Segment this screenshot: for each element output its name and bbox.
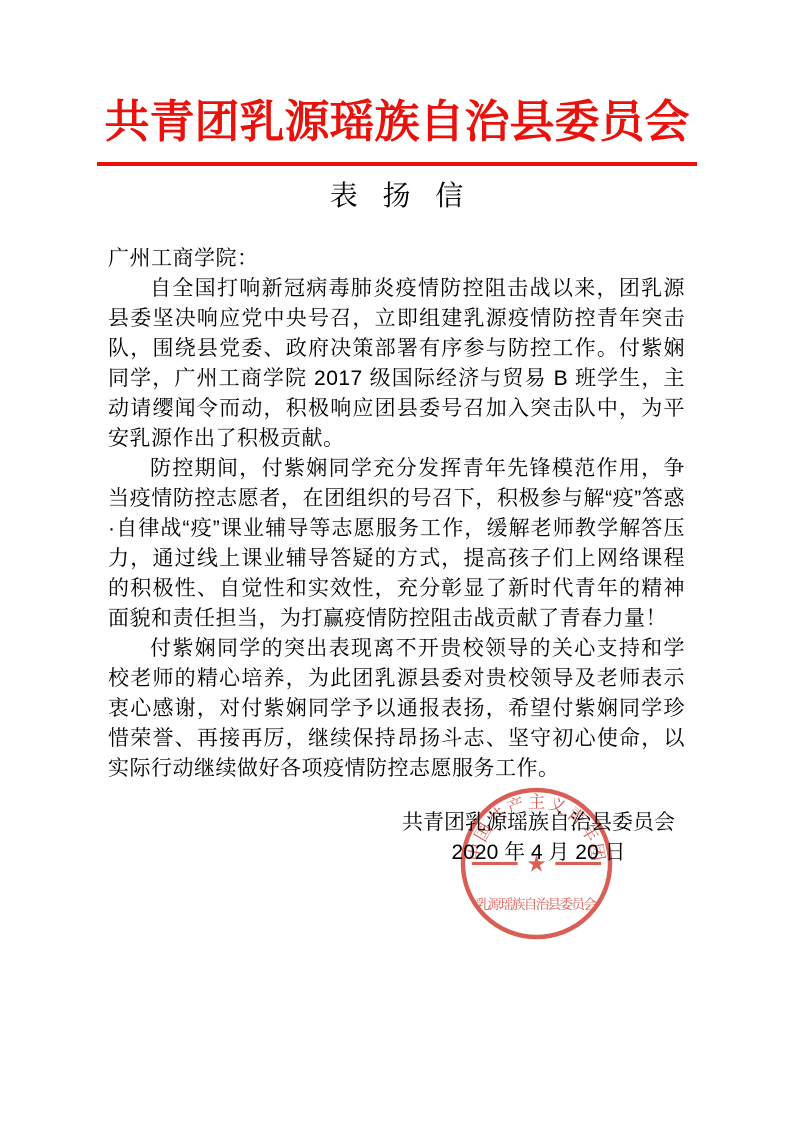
letterhead-title: 共青团乳源瑶族自治县委员会 [0,95,794,149]
paragraph-2: 防控期间，付紫娴同学充分发挥青年先锋模范作用，争当疫情防控志愿者，在团组织的号召… [108,454,685,634]
salutation: 广州工商学院： [108,244,685,274]
seal-org-text: 乳源瑶族自治县委员会 [476,896,597,912]
letterhead-divider [97,162,697,166]
signature-block: 共青团乳源瑶族自治县委员会 2020 年 4 月 20 日 [0,808,794,868]
paragraph-3: 付紫娴同学的突出表现离不开贵校领导的关心支持和学校老师的精心培养，为此团乳源县委… [108,634,685,784]
paragraph-1: 自全国打响新冠病毒肺炎疫情防控阻击战以来，团乳源县委坚决响应党中央号召，立即组建… [108,274,685,454]
document-page: 共青团乳源瑶族自治县委员会 表 扬 信 广州工商学院： 自全国打响新冠病毒肺炎疫… [0,0,794,1123]
letter-body: 广州工商学院： 自全国打响新冠病毒肺炎疫情防控阻击战以来，团乳源县委坚决响应党中… [108,244,685,784]
document-title: 表 扬 信 [0,179,794,213]
signature-org: 共青团乳源瑶族自治县委员会 [402,808,675,838]
signature-date: 2020 年 4 月 20 日 [402,838,675,868]
signature-inner: 共青团乳源瑶族自治县委员会 2020 年 4 月 20 日 [402,808,675,868]
